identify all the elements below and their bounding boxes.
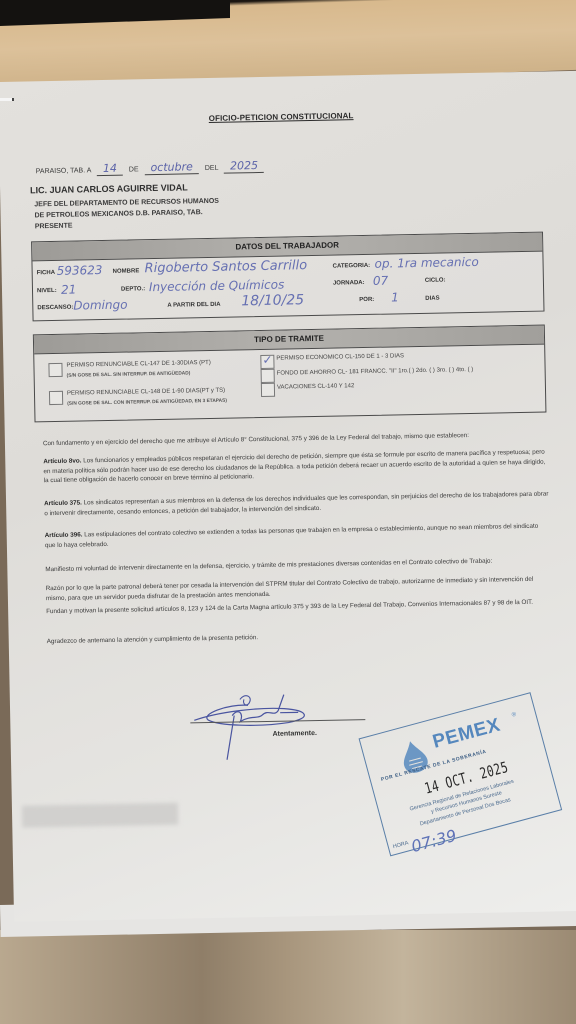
background-fabric	[0, 930, 576, 1024]
descanso-value: Domingo	[73, 298, 127, 313]
date-prefix: PARAISO, TAB. A	[36, 167, 91, 175]
categoria-value: op. 1ra mecanico	[374, 255, 478, 271]
option-permiso-economico: PERMISO ECONOMICO CL-150 DE 1 - 3 DIAS	[276, 353, 404, 361]
dias-label: DIAS	[425, 296, 439, 302]
date-year: 2025	[224, 159, 264, 174]
addressee-line: PRESENTE	[35, 223, 73, 231]
nombre-label: NOMBRE	[113, 268, 140, 275]
option-permiso-cl148-note: (S/N GOSE DE SAL. CON INTERRUP. DE ANTIG…	[67, 399, 227, 407]
date-month: octubre	[144, 160, 199, 175]
depto-label: DEPTO.:	[121, 286, 145, 292]
procedure-type-header: TIPO DE TRAMITE	[34, 326, 544, 355]
stamp-time-label: HORA	[392, 840, 409, 850]
addressee-line: DE PETROLEOS MEXICANOS D.B. PARAISO, TAB…	[35, 209, 203, 219]
intro-paragraph: Con fundamento y en ejercicio del derech…	[43, 430, 548, 449]
a-partir-label: A PARTIR DEL DIA	[167, 302, 220, 309]
article-8-title: Artículo 8vo.	[43, 457, 81, 465]
checkbox-fondo-ahorro[interactable]	[261, 369, 275, 383]
nivel-value: 21	[61, 283, 77, 297]
redacted-area	[22, 803, 178, 828]
stamp-brand: PEMEX	[430, 715, 502, 754]
nombre-value: Rigoberto Santos Carrillo	[144, 258, 307, 276]
thanks-paragraph: Agradezco de antemano la atención y cump…	[47, 627, 552, 646]
checkbox-vacaciones[interactable]	[261, 383, 275, 397]
por-value: 1	[391, 290, 399, 304]
por-label: POR:	[359, 297, 374, 303]
article-396-title: Artículo 396.	[45, 531, 83, 539]
option-permiso-cl147-note: (S/N GOSE DE SAL. SIN INTERRUP. DE ANTIG…	[67, 371, 191, 378]
option-vacaciones: VACACIONES CL-140 Y 142	[277, 383, 354, 390]
stamp-registered-mark: ®	[511, 712, 517, 719]
jornada-value: 07	[373, 274, 389, 288]
option-permiso-cl148: PERMISO RENUNCIABLE CL-148 DE 1-90 DIAS(…	[67, 388, 225, 397]
depto-value: Inyección de Químicos	[149, 278, 285, 295]
descanso-label: DESCANSO:	[37, 305, 73, 312]
article-8-text: Los funcionarios y empleados públicos re…	[43, 449, 545, 485]
categoria-label: CATEGORIA:	[333, 263, 371, 270]
article-375-text: Los sindicatos representan a sus miembro…	[44, 491, 548, 517]
checkbox-permiso-cl148[interactable]	[49, 391, 63, 405]
date-de-label: DE	[129, 166, 139, 173]
paper-clip-mark	[0, 98, 14, 101]
document-title: OFICIO-PETICION CONSTITUCIONAL	[209, 111, 354, 123]
ficha-label: FICHA	[37, 270, 55, 276]
background-shadow	[0, 0, 230, 26]
article-8-paragraph: Artículo 8vo. Los funcionarios y emplead…	[43, 448, 548, 486]
document-page: OFICIO-PETICION CONSTITUCIONAL PARAISO, …	[0, 71, 576, 922]
article-375-paragraph: Artículo 375. Los sindicatos representan…	[44, 489, 549, 518]
procedure-type-section: TIPO DE TRAMITE PERMISO RENUNCIABLE CL-1…	[33, 325, 547, 423]
jornada-label: JORNADA:	[333, 280, 365, 287]
article-396-paragraph: Artículo 396. Las estipulaciones del con…	[45, 521, 550, 550]
article-396-text: Las estipulaciones del contrato colectiv…	[45, 523, 538, 549]
addressee-name: LIC. JUAN CARLOS AGUIRRE VIDAL	[30, 182, 188, 195]
signature-closing: Atentamente.	[273, 730, 317, 738]
date-del-label: DEL	[205, 165, 218, 172]
option-permiso-cl147: PERMISO RENUNCIABLE CL-147 DE 1-30DIAS (…	[66, 360, 210, 369]
option-fondo-ahorro: FONDO DE AHORRO CL- 181 FRANCC. "II" 1ro…	[277, 367, 474, 377]
article-375-title: Artículo 375.	[44, 499, 82, 507]
stamp-time: 07:39	[409, 826, 458, 856]
manifest-paragraph: Manifiesto mi voluntad de intervenir dir…	[45, 555, 550, 574]
checkbox-permiso-cl147[interactable]	[48, 363, 62, 377]
pemex-receipt-stamp: PEMEX ® POR EL RESCATE DE LA SOBERANÍA 1…	[359, 692, 563, 856]
signature-scribble	[188, 688, 330, 771]
ciclo-label: CICLO:	[425, 277, 446, 283]
date-line: PARAISO, TAB. A 14 DE octubre DEL 2025	[36, 159, 269, 177]
addressee-line: JEFE DEL DEPARTAMENTO DE RECURSOS HUMANO…	[34, 198, 219, 209]
date-day: 14	[97, 162, 123, 176]
nivel-label: NIVEL:	[37, 288, 57, 294]
ficha-value: 593623	[57, 263, 103, 278]
a-partir-value: 18/10/25	[241, 292, 304, 309]
checkbox-permiso-economico[interactable]	[260, 355, 274, 369]
worker-data-section: DATOS DEL TRABAJADOR FICHA 593623 NOMBRE…	[31, 232, 544, 322]
